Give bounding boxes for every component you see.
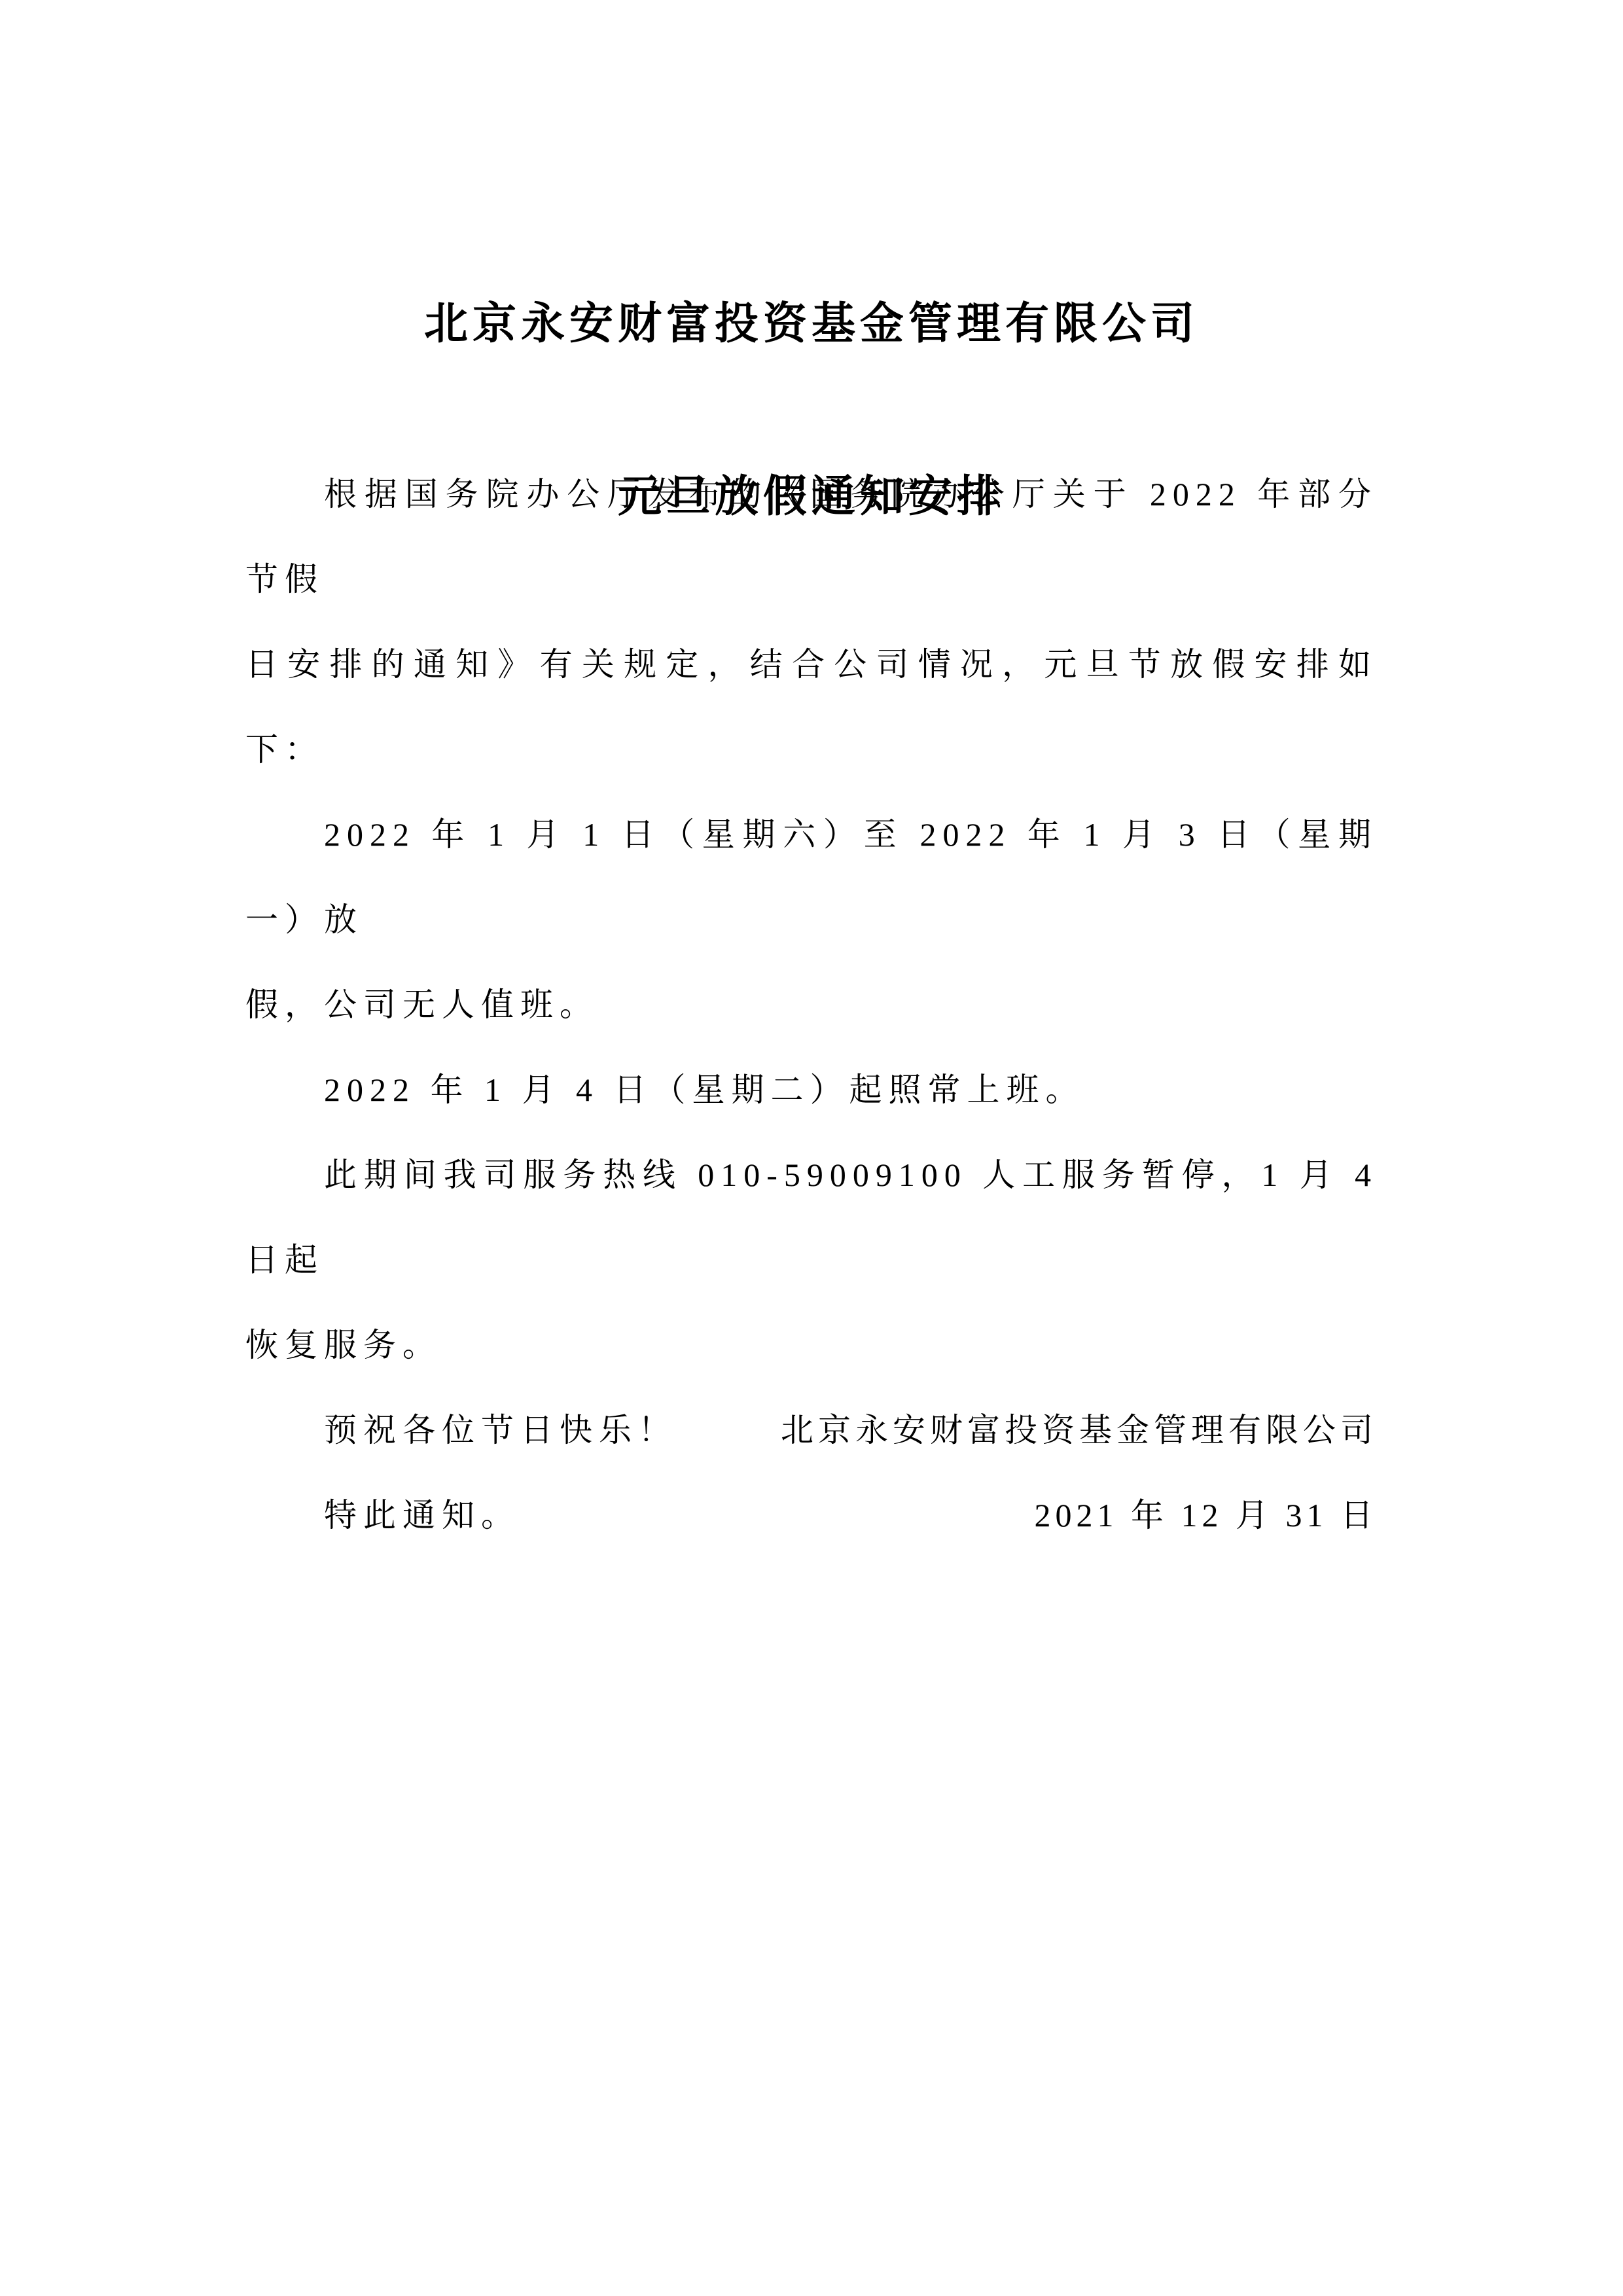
signature-date: 2021 年 12 月 31 日 [245, 1473, 1378, 1558]
signature-company: 北京永安财富投资基金管理有限公司 [245, 1388, 1378, 1473]
paragraph-basis: 根据国务院办公厅发布的《国务院办公厅关于 2022 年部分节假 日安排的通知》有… [245, 452, 1378, 792]
paragraph-back-to-work: 2022 年 1 月 4 日（星期二）起照常上班。 [245, 1047, 1378, 1132]
notice-title-company: 北京永安财富投资基金管理有限公司 [245, 281, 1378, 367]
notice-page: 北京永安财富投资基金管理有限公司 元旦放假通知安排 根据国务院办公厅发布的《国务… [0, 0, 1623, 2296]
signature-block: 北京永安财富投资基金管理有限公司 2021 年 12 月 31 日 [245, 1388, 1378, 1558]
paragraph-holiday-dates: 2022 年 1 月 1 日（星期六）至 2022 年 1 月 3 日（星期一）… [245, 792, 1378, 1047]
paragraph-hotline: 此期间我司服务热线 010-59009100 人工服务暂停，1 月 4 日起 恢… [245, 1132, 1378, 1388]
